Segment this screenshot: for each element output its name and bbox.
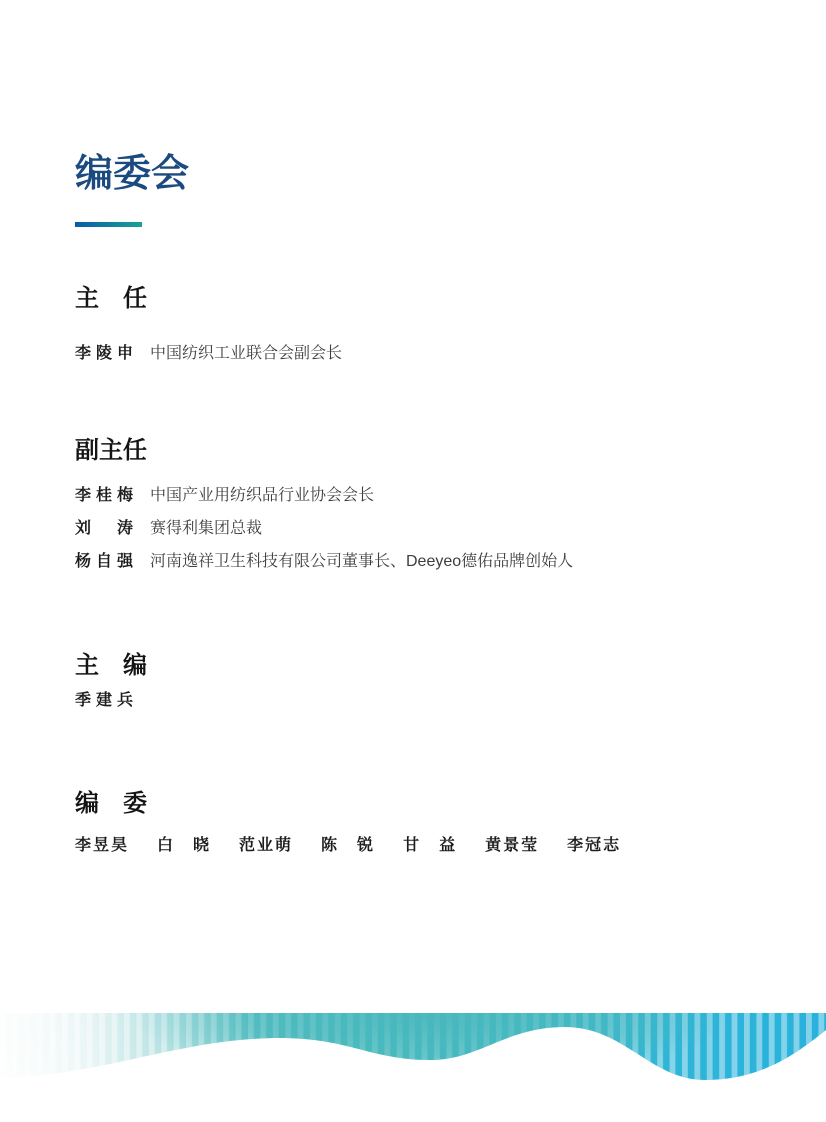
- committee-members-row: 李昱昊 白 晓 范业萌 陈 锐 甘 益 黄景莹 李冠志: [75, 836, 621, 856]
- member-row: 季建兵: [75, 691, 150, 711]
- member-title: 河南逸祥卫生科技有限公司董事长、Deeyeo德佑品牌创始人: [150, 552, 573, 572]
- committee-member: 范业萌: [239, 836, 293, 856]
- page-title: 编委会: [75, 155, 189, 193]
- committee-member: 陈 锐: [321, 836, 375, 856]
- section-heading-editorial-committee: 编 委: [75, 789, 147, 819]
- member-row: 李桂梅 中国产业用纺织品行业协会会长: [75, 486, 573, 506]
- member-title: 中国产业用纺织品行业协会会长: [150, 486, 374, 506]
- committee-member: 李冠志: [567, 836, 621, 856]
- title-underline: [75, 222, 142, 227]
- section-heading-deputy-directors: 副主任: [75, 436, 147, 466]
- member-title: 赛得利集团总裁: [150, 519, 262, 539]
- committee-member: 李昱昊: [75, 836, 129, 856]
- section-heading-chief-editor: 主 编: [75, 651, 147, 681]
- committee-member: 甘 益: [403, 836, 457, 856]
- editorial-board-page: 编委会 主 任 李陵申 中国纺织工业联合会副会长 副主任 李桂梅 中国产业用纺织…: [0, 0, 826, 1122]
- committee-member: 白 晓: [157, 836, 211, 856]
- member-title: 中国纺织工业联合会副会长: [150, 344, 342, 364]
- section-director-rows: 李陵申 中国纺织工业联合会副会长: [75, 344, 342, 364]
- committee-member: 黄景莹: [485, 836, 539, 856]
- wave-decoration: [0, 1010, 826, 1122]
- member-name: 杨自强: [75, 552, 133, 572]
- member-name: 季建兵: [75, 691, 133, 711]
- member-name: 李桂梅: [75, 486, 133, 506]
- section-heading-director: 主 任: [75, 284, 147, 314]
- member-row: 刘 涛 赛得利集团总裁: [75, 519, 573, 539]
- section-chief-editor-rows: 季建兵: [75, 691, 150, 711]
- member-row: 杨自强 河南逸祥卫生科技有限公司董事长、Deeyeo德佑品牌创始人: [75, 552, 573, 572]
- member-row: 李陵申 中国纺织工业联合会副会长: [75, 344, 342, 364]
- member-name: 李陵申: [75, 344, 133, 364]
- section-deputy-directors-rows: 李桂梅 中国产业用纺织品行业协会会长 刘 涛 赛得利集团总裁 杨自强 河南逸祥卫…: [75, 486, 573, 572]
- member-name: 刘 涛: [75, 519, 133, 539]
